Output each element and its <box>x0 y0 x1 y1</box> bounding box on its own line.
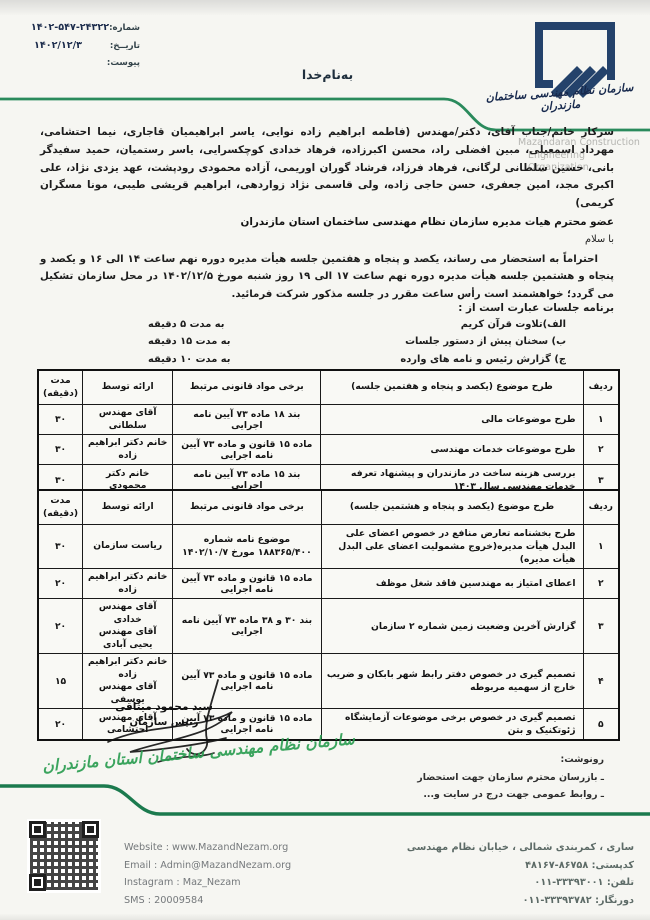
agenda-list: الف)تلاوت قرآن کریم به مدت ۵ دقیقه ب) سخ… <box>148 316 566 368</box>
qr-finder-icon <box>29 874 46 891</box>
footer-fax-value: ۰۱۱-۳۳۳۹۳۷۸۲ <box>523 895 592 906</box>
col-presenter: ارائه توسط <box>83 490 173 525</box>
agenda-item-text: الف)تلاوت قرآن کریم <box>461 316 566 333</box>
cell-subject: طرح بخشنامه تعارض منافع در خصوص اعضای عل… <box>321 525 583 569</box>
cell-no: ۳ <box>583 599 619 654</box>
cell-subject: اعطای امتیاز به مهندسین فاقد شغل موظف <box>321 569 583 599</box>
carbon-copy-item: ـ بازرسان محترم سازمان جهت استحضار <box>417 769 604 787</box>
table-row: ۳ گزارش آخرین وضعیت زمین شماره ۲ سازمان … <box>38 599 619 654</box>
letter-date-label: تاریــخ: <box>110 41 140 51</box>
cell-presenter: ریاست سازمان <box>87 540 168 553</box>
cell-presenter: خانم دکتر ابراهیم زاده <box>87 437 168 462</box>
agenda-item: الف)تلاوت قرآن کریم به مدت ۵ دقیقه <box>148 316 566 333</box>
col-duration-line2: (دقیقه) <box>43 508 78 521</box>
footer-contact-en: Website : www.MazandNezam.org Email : Ad… <box>124 839 291 909</box>
carbon-copy-item: ـ روابط عمومی جهت درج در سایت و... <box>417 786 604 804</box>
footer-phone-label: تلفن: <box>607 877 634 888</box>
footer-postal-row: کدپستی: ۴۸۱۶۷-۸۶۷۵۸ <box>407 857 634 875</box>
cell-subject: تصمیم گیری در خصوص دفتر رابط شهر بابکان … <box>321 654 583 709</box>
table-header-row: ردیف طرح موضوع (یکصد و پنجاه و هفتمین جل… <box>38 370 619 405</box>
cell-no: ۲ <box>583 569 619 599</box>
cell-duration: ۲۰ <box>38 599 83 654</box>
cell-presenter: آقای مهندس یحیی آبادی <box>87 626 168 651</box>
footer-phone-value: ۰۱۱-۳۳۳۹۳۰۰۱ <box>534 877 603 888</box>
table-row: ۲ طرح موضوعات خدمات مهندسی ماده ۱۵ قانون… <box>38 435 619 465</box>
footer-phone-row: تلفن: ۰۱۱-۳۳۳۹۳۰۰۱ <box>407 874 634 892</box>
footer-postal-value: ۴۸۱۶۷-۸۶۷۵۸ <box>525 860 588 871</box>
cell-no: ۵ <box>583 709 619 741</box>
cell-legal: موضوع نامه شماره ۱۸۸۳۶۵/۴۰۰ مورخ ۱۴۰۲/۱۰… <box>173 525 321 569</box>
agenda-intro: برنامه جلسات عبارت است از : <box>40 302 614 314</box>
cell-subject: طرح موضوعات مالی <box>321 405 583 435</box>
letter-date-row: تاریــخ: ۱۴۰۲/۱۲/۳ <box>34 40 140 51</box>
cell-legal: ماده ۱۵ قانون و ماده ۷۳ آیین نامه اجرایی <box>173 435 321 465</box>
cell-presenter: آقای مهندس خدادی <box>87 601 168 626</box>
footer-fax-label: دورنگار: <box>595 895 634 906</box>
footer-contact-fa: ساری ، کمربندی شمالی ، خیابان نظام مهندس… <box>407 839 634 909</box>
col-subject-158: طرح موضوع (یکصد و پنجاه و هشتمین جلسه) <box>321 490 583 525</box>
col-duration: مدت (دقیقه) <box>38 370 83 405</box>
salutation: با سلام <box>40 234 614 245</box>
agenda-item-duration: به مدت ۱۰ دقیقه <box>148 351 231 368</box>
cell-duration: ۳۰ <box>38 525 83 569</box>
member-line: عضو محترم هیات مدیره سازمان نظام مهندسی … <box>40 216 614 228</box>
agenda-item-duration: به مدت ۵ دقیقه <box>148 316 224 333</box>
letter-attachment-label: پیوست: <box>107 58 140 68</box>
cell-no: ۱ <box>583 525 619 569</box>
cell-duration: ۳۰ <box>38 405 83 435</box>
cell-no: ۴ <box>583 654 619 709</box>
table-header-row: ردیف طرح موضوع (یکصد و پنجاه و هشتمین جل… <box>38 490 619 525</box>
qr-finder-icon <box>29 821 46 838</box>
col-presenter: ارائه توسط <box>83 370 173 405</box>
letter-number-value: ۱۴۰۲-۵۴۷-۲۴۳۲۲ <box>31 22 109 33</box>
cell-subject: گزارش آخرین وضعیت زمین شماره ۲ سازمان <box>321 599 583 654</box>
qr-code <box>27 819 101 893</box>
carbon-copy-block: رونوشت: ـ بازرسان محترم سازمان جهت استحض… <box>417 751 604 804</box>
cell-presenter: آقای مهندس سلطانی <box>87 407 168 432</box>
cell-duration: ۲۰ <box>38 569 83 599</box>
besmellah-text: به‌نام‌خدا <box>245 67 410 82</box>
footer-instagram: Instagram : Maz_Nezam <box>124 874 291 892</box>
footer-email: Email : Admin@MazandNezam.org <box>124 857 291 875</box>
agenda-item-duration: به مدت ۱۵ دقیقه <box>148 333 231 350</box>
letter-number-row: شماره: ۱۴۰۲-۵۴۷-۲۴۳۲۲ <box>34 22 140 33</box>
cell-no: ۱ <box>583 405 619 435</box>
col-radif: ردیف <box>583 370 619 405</box>
footer-website: Website : www.MazandNezam.org <box>124 839 291 857</box>
letter-date-value: ۱۴۰۲/۱۲/۳ <box>34 40 82 51</box>
table-row: ۱ طرح موضوعات مالی بند ۱۸ ماده ۷۳ آیین ن… <box>38 405 619 435</box>
col-duration-line1: مدت <box>43 375 78 388</box>
col-duration: مدت (دقیقه) <box>38 490 83 525</box>
scan-top-edge <box>0 0 650 15</box>
carbon-copy-label: رونوشت: <box>417 751 604 769</box>
col-subject-157: طرح موضوع (یکصد و پنجاه و هفتمین جلسه) <box>321 370 583 405</box>
col-legal: برخی مواد قانونی مرتبط <box>173 370 321 405</box>
cell-no: ۲ <box>583 435 619 465</box>
cell-subject: تصمیم گیری در خصوص برخی موضوعات آزمایشگا… <box>321 709 583 741</box>
cell-legal: بند ۳۰ و ۳۸ ماده ۷۳ آیین نامه اجرایی <box>173 599 321 654</box>
footer-sms: SMS : 20009584 <box>124 892 291 910</box>
col-legal: برخی مواد قانونی مرتبط <box>173 490 321 525</box>
table-row: ۱ طرح بخشنامه تعارض منافع در خصوص اعضای … <box>38 525 619 569</box>
main-paragraph: احتراماً به استحضار می رساند، یکصد و پنج… <box>40 251 614 303</box>
cell-legal: ماده ۱۵ قانون و ماده ۷۳ آیین نامه اجرایی <box>173 569 321 599</box>
cell-duration: ۱۵ <box>38 654 83 709</box>
agenda-item: ج) گزارش رئیس و نامه های وارده به مدت ۱۰… <box>148 351 566 368</box>
letter-page: شماره: ۱۴۰۲-۵۴۷-۲۴۳۲۲ تاریــخ: ۱۴۰۲/۱۲/۳… <box>0 0 650 920</box>
footer-address: ساری ، کمربندی شمالی ، خیابان نظام مهندس… <box>407 839 634 857</box>
footer-fax-row: دورنگار: ۰۱۱-۳۳۳۹۳۷۸۲ <box>407 892 634 910</box>
footer-postal-label: کدپستی: <box>592 860 634 871</box>
scan-bottom-edge <box>0 914 650 920</box>
letter-number-label: شماره: <box>109 23 140 33</box>
agenda-item: ب) سخنان پیش از دستور جلسات به مدت ۱۵ دق… <box>148 333 566 350</box>
cell-duration: ۳۰ <box>38 435 83 465</box>
session-157-table: ردیف طرح موضوع (یکصد و پنجاه و هفتمین جل… <box>37 369 620 497</box>
recipients-paragraph: سرکار خانم/جناب آقای، دکتر/مهندس (فاطمه … <box>40 124 614 213</box>
qr-finder-icon <box>82 821 99 838</box>
table-row: ۲ اعطای امتیاز به مهندسین فاقد شغل موظف … <box>38 569 619 599</box>
cell-legal: بند ۱۸ ماده ۷۳ آیین نامه اجرایی <box>173 405 321 435</box>
letter-meta: شماره: ۱۴۰۲-۵۴۷-۲۴۳۲۲ تاریــخ: ۱۴۰۲/۱۲/۳… <box>34 22 140 75</box>
organization-name-farsi: سازمان نظام مهندسی ساختمان مازندران <box>477 80 642 117</box>
cell-duration: ۲۰ <box>38 709 83 741</box>
agenda-item-text: ب) سخنان پیش از دستور جلسات <box>405 333 566 350</box>
cell-subject: طرح موضوعات خدمات مهندسی <box>321 435 583 465</box>
col-duration-line1: مدت <box>43 495 78 508</box>
col-radif: ردیف <box>583 490 619 525</box>
agenda-item-text: ج) گزارش رئیس و نامه های وارده <box>400 351 566 368</box>
col-duration-line2: (دقیقه) <box>43 388 78 401</box>
letter-attachment-row: پیوست: <box>34 58 140 68</box>
cell-presenter: خانم دکتر ابراهیم زاده <box>87 571 168 596</box>
